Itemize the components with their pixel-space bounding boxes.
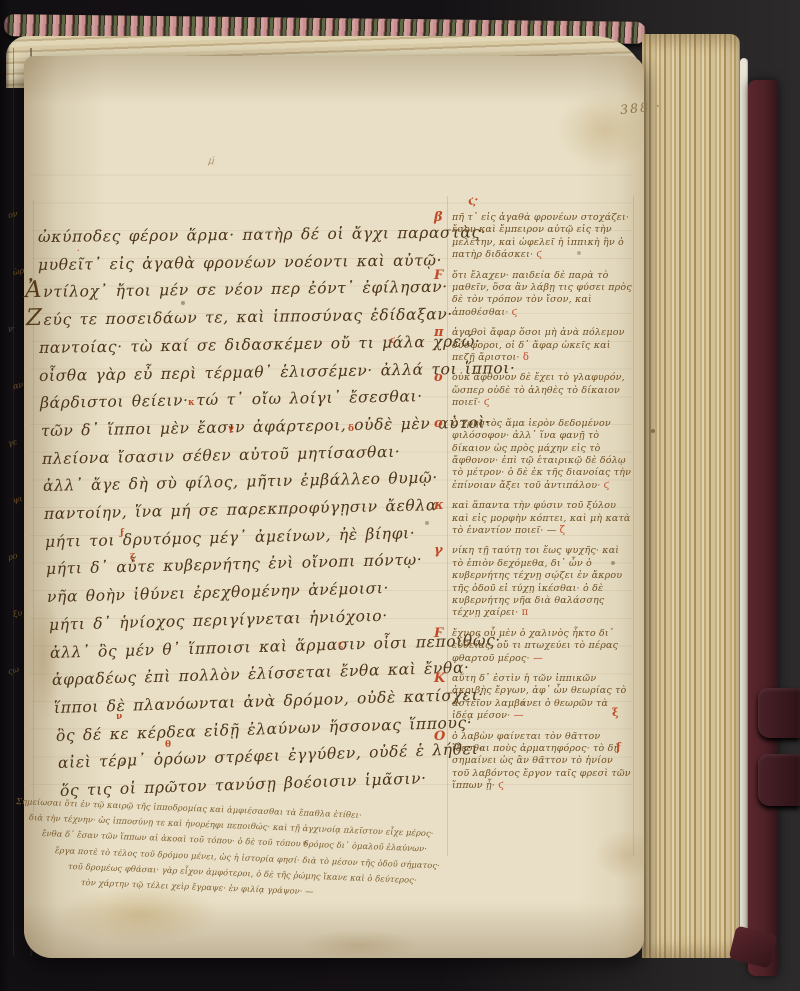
rubric-reference-mark: γ: [228, 424, 234, 434]
rubric-end-mark: ϛ: [498, 780, 504, 791]
manuscript-line: νῆα θοὴν ἰθύνει ἐρεχθομένην ἀνέμοισι·: [47, 579, 389, 606]
scholion: οὁ χρηστὸς ἅμα ἱερὸν δεδομένον φιλόσοφον…: [452, 418, 632, 492]
scholion-text: αὕτη δ᾽ ἐστὶν ἡ τῶν ἱππικῶν ἀκριβὴς ἔργω…: [452, 673, 632, 723]
enlarged-initial: Ζ: [25, 305, 42, 331]
scholion-text: καὶ ἅπαντα τὴν φύσιν τοῦ ξύλου καὶ εἰς μ…: [452, 500, 632, 537]
rubric-reference-mark: ζ: [130, 553, 135, 563]
scholion: κκαὶ ἅπαντα τὴν φύσιν τοῦ ξύλου καὶ εἰς …: [452, 500, 632, 537]
manuscript-line: Ζεύς τε ποσειδάων τε, καὶ ἱπποσύνας ἐδίδ…: [38, 305, 452, 329]
scholion-text: ὁ λαβὼν φαίνεται τὸν θᾶττον ἵξεσθαι ποὺς…: [452, 731, 632, 793]
scholion: βπῆ τ᾽ εἰς ἀγαθὰ φρονέων στοχάζει· ἔσον …: [452, 212, 632, 262]
stain: [594, 830, 658, 880]
rubric-end-mark: ϛ: [536, 249, 542, 260]
rubric-reference-mark: δ: [348, 424, 354, 434]
scholion: πἀγαθοὶ ἄφαρ ὅσοι μὴ ἀνὰ πόλεμον δύσφορο…: [452, 327, 632, 364]
manuscript-line: παντοίην, ἵνα μή σε παρεκπροφύγῃσιν ἄεθλ…: [43, 496, 442, 523]
leather-cover: [748, 80, 778, 976]
manuscript-line: ὅς τις οἱ πρῶτον τανύσῃ βοέοισιν ἱμᾶσιν·: [60, 769, 427, 800]
clasp-strap-upper: [758, 688, 800, 738]
ruling-vertical: [633, 196, 634, 856]
scholion-text: ὁ χρηστὸς ἅμα ἱερὸν δεδομένον φιλόσοφον·…: [452, 418, 632, 492]
rubric-end-mark: π: [522, 607, 529, 618]
rubric-end-mark: ϛ: [512, 307, 518, 318]
rubric-initial: κ: [434, 498, 444, 513]
manuscript-line: μήτι δ᾽ ἡνίοχος περιγίγνεται ἡνιόχοιο·: [49, 606, 388, 633]
manuscript-line: ἀφραδέως ἐπὶ πολλὸν ἑλίσσεται ἔνθα καὶ ἔ…: [52, 659, 470, 690]
manuscript-line: τῶν δ᾽ ἵπποι μὲν ἔασιν ἀφάρτεροι, οὐδὲ μ…: [41, 413, 491, 440]
manuscript-line: πλείονα ἴσασιν σέθεν αὐτοῦ μητίσασθαι·: [41, 442, 400, 467]
manuscript-photo: 388 · μ́ ϛ· ὠκύποδες φέρον ἅρμα· πατὴρ δ…: [0, 0, 800, 991]
rubric-initial: Κ: [434, 671, 445, 686]
rubric-reference-mark: ϛ: [338, 640, 343, 650]
manuscript-line: βάρδιστοι θείειν· τώ τ᾽ οἴω λοίγι᾽ ἔσεσθ…: [40, 387, 423, 412]
scholion: οοὐκ ἄφθονον δὲ ἔχει τὸ γλαφυρόν, ὥσπερ …: [452, 372, 632, 409]
manuscript-line: μυθεῖτ᾽ εἰς ἀγαθὰ φρονέων νοέοντι καὶ αὐ…: [38, 251, 442, 274]
scholion: Οὁ λαβὼν φαίνεται τὸν θᾶττον ἵξεσθαι ποὺ…: [452, 731, 632, 793]
manuscript-line: παντοίας· τὼ καί σε διδασκέμεν οὔ τι μάλ…: [39, 332, 481, 357]
manuscript-line: αἰεὶ τέρμ᾽ ὁρόων στρέφει ἐγγύθεν, οὐδέ ἑ…: [58, 740, 484, 772]
rubric-initial: Ϝ: [434, 626, 443, 641]
manuscript-line: Ἀντίλοχ᾽ ἤτοι μέν σε νέον περ ἐόντ᾽ ἐφίλ…: [38, 278, 448, 301]
rubric-reference-mark: ˙: [76, 250, 81, 260]
rubric-end-mark: ζ: [560, 525, 566, 536]
rubric-initial: ο: [434, 370, 443, 385]
scholion-text: ἀγαθοὶ ἄφαρ ὅσοι μὴ ἀνὰ πόλεμον δύσφοροι…: [452, 327, 632, 364]
cover-cloth-edge: [740, 58, 748, 950]
scholion-text: πῆ τ᾽ εἰς ἀγαθὰ φρονέων στοχάζει· ἔσον κ…: [452, 212, 632, 262]
ink-specks: [0, 0, 2, 2]
manuscript-line: οἶσθα γὰρ εὖ περὶ τέρμαθ᾽ ἑλισσέμεν· ἀλλ…: [39, 359, 516, 385]
rubric-reference-mark: ϛ: [390, 336, 395, 346]
rubric-initial: γ: [434, 543, 443, 558]
rubric-end-mark: —: [533, 653, 543, 664]
rubric-reference-mark: ϝ: [120, 528, 125, 538]
page-stack-fore-edge: [642, 34, 740, 958]
scholion-text: ὅτι ἔλαχεν· παιδεία δὲ παρὰ τὸ μαθεῖν, ὅ…: [452, 270, 632, 320]
rubric-reference-mark: θ: [165, 740, 171, 750]
rubric-end-mark: δ: [523, 352, 529, 363]
rubric-initial: π: [434, 325, 444, 340]
enlarged-initial: Ἀ: [25, 277, 43, 303]
rubric-reference-mark: κ: [188, 398, 195, 408]
manuscript-line: μήτι δ᾽ αὖτε κυβερνήτης ἐνὶ οἴνοπι πόντῳ…: [46, 551, 423, 578]
scholion-text: οὐκ ἄφθονον δὲ ἔχει τὸ γλαφυρόν, ὥσπερ ο…: [452, 372, 632, 409]
rubric-end-mark: —: [514, 710, 524, 721]
manuscript-line: μήτι τοι δρυτόμος μέγ᾽ ἀμείνων, ἠὲ βίηφι…: [44, 524, 415, 551]
stain: [60, 884, 220, 944]
manuscript-line: ἀλλ᾽ ἄγε δὴ σὺ φίλος, μῆτιν ἐμβάλλεο θυμ…: [42, 469, 437, 495]
scholion: Ϝἔχνος οὗ μὲν ὁ χαλινὸς ἦκτο δι᾽ εὐθείας…: [452, 628, 632, 665]
rubric-initial: β: [434, 210, 443, 225]
rubric-initial: Ϝ: [434, 268, 443, 283]
clasp-strap-lower: [758, 754, 800, 806]
scholion: Καὕτη δ᾽ ἐστὶν ἡ τῶν ἱππικῶν ἀκριβὴς ἔργ…: [452, 673, 632, 723]
stain: [300, 930, 420, 960]
marginal-scholia-column: βπῆ τ᾽ εἰς ἀγαθὰ φρονέων στοχάζει· ἔσον …: [452, 212, 632, 801]
rubric-margin-mark: ϝ: [616, 740, 622, 753]
rubric-reference-mark: ν: [116, 712, 122, 722]
rubric-end-mark: ϛ: [604, 480, 610, 491]
rubric-end-mark: ϛ: [484, 397, 490, 408]
rubric-margin-mark: ξ: [612, 706, 619, 719]
scholion: Ϝὅτι ἔλαχεν· παιδεία δὲ παρὰ τὸ μαθεῖν, …: [452, 270, 632, 320]
scholion-text: ἔχνος οὗ μὲν ὁ χαλινὸς ἦκτο δι᾽ εὐθείας,…: [452, 628, 632, 665]
rubric-initial: Ο: [434, 729, 445, 744]
main-text-block: ὠκύποδες φέρον ἅρμα· πατὴρ δέ οἱ ἄγχι πα…: [34, 228, 454, 798]
manuscript-line: ὠκύποδες φέρον ἅρμα· πατὴρ δέ οἱ ἄγχι πα…: [38, 223, 487, 246]
scholion-text: νίκη τῇ ταύτῃ τοι ἕως ψυχῆς· καὶ τὸ ἐπιὸ…: [452, 545, 632, 619]
rubric-initial: ο: [434, 416, 443, 431]
scholion: γνίκη τῇ ταύτῃ τοι ἕως ψυχῆς· καὶ τὸ ἐπι…: [452, 545, 632, 619]
